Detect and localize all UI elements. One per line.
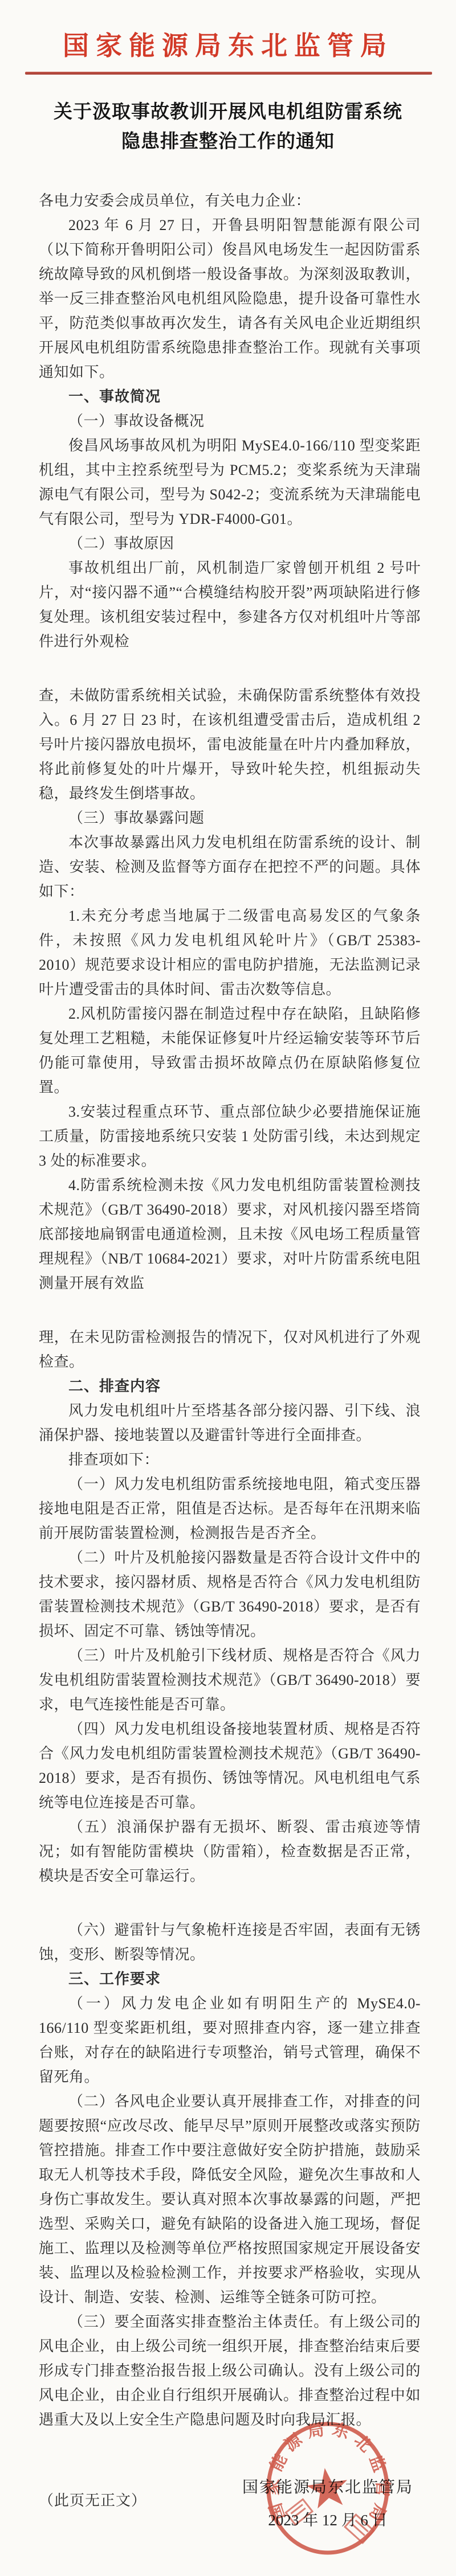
paragraph: 3.安装过程重点环节、重点部位缺少必要措施保证施工质量，防雷接地系统只安装 1 … (39, 1100, 421, 1173)
continuation-paragraph: 理，在未见防雷检测报告的情况下，仅对风机进行了外观检查。 (39, 1325, 421, 1374)
paragraph: 4.防雷系统检测未按《风力发电机组防雷装置检测技术规范》（GB/T 36490-… (39, 1173, 421, 1295)
seal-mark-left (286, 2499, 312, 2525)
official-seal: 国家能源局东北监管局 (261, 2417, 394, 2560)
document-title: 关于汲取事故教训开展风电机组防雷系统 隐患排查整治工作的通知 (0, 97, 456, 157)
title-line-1: 关于汲取事故教训开展风电机组防雷系统 (0, 97, 456, 127)
paragraph: （二）各风电企业要认真开展排查工作，对排查的问题要按照“应改尽改、能早尽早”原则… (39, 2089, 421, 2310)
paragraph: （五）浪涌保护器有无损坏、断裂、雷击痕迹等情况；如有智能防雷模块（防雷箱），检查… (39, 1815, 421, 1888)
paragraph: 排查项如下： (39, 1447, 421, 1472)
paragraph: 1.未充分考虑当地属于二级雷电高易发区的气象条件，未按照《风力发电机组风轮叶片》… (39, 904, 421, 1002)
section-heading: 一、事故简况 (39, 384, 421, 409)
paragraph: （三）叶片及机舱引下线材质、规格是否符合《风力发电机组防雷装置检测技术规范》（G… (39, 1643, 421, 1717)
document-body: 各电力安委会成员单位，有关电力企业： 2023 年 6 月 27 日，开鲁县明阳… (0, 188, 456, 2432)
paragraph: （二）叶片及机舱接闪器数量是否符合设计文件中的技术要求，接闪器材质、规格是否符合… (39, 1545, 421, 1643)
star-icon (304, 2465, 351, 2509)
paragraph: 俊昌风场事故风机为明阳 MySE4.0-166/110 型变桨距机组，其中主控系… (39, 433, 421, 531)
salutation: 各电力安委会成员单位，有关电力企业： (39, 188, 421, 213)
paragraph: 2.风机防雷接闪器在制造过程中存在缺陷，且缺陷修复处理工艺粗糙，未能保证修复叶片… (39, 1002, 421, 1100)
section-heading: 二、排查内容 (39, 1374, 421, 1398)
agency-header: 国家能源局东北监管局 (0, 25, 456, 63)
paragraph: （一）风力发电机组防雷系统接地电阻，箱式变压器接地电阻是否正常，阻值是否达标。是… (39, 1472, 421, 1545)
paragraph: 风力发电机组叶片至塔基各部分接闪器、引下线、浪涌保护器、接地装置以及避雷针等进行… (39, 1398, 421, 1447)
document-page: 国家能源局东北监管局 关于汲取事故教训开展风电机组防雷系统 隐患排查整治工作的通… (0, 0, 456, 2576)
continuation-paragraph: 查，未做防雷系统相关试验，未确保防雷系统整体有效投入。6 月 27 日 23 时… (39, 683, 421, 806)
paragraph: （一）风力发电企业如有明阳生产的 MySE4.0-166/110 型变桨距机组，… (39, 1991, 421, 2089)
paragraph: （四）风力发电机组设备接地装置材质、规格是否符合《风力发电机组防雷装置检测技术规… (39, 1717, 421, 1815)
paragraph: 2023 年 6 月 27 日，开鲁县明阳智慧能源有限公司（以下简称开鲁明阳公司… (39, 213, 421, 384)
paragraph: 事故机组出厂前，风机制造厂家曾刨开机组 2 号叶片，对“接闪器不通”“合模缝结构… (39, 556, 421, 654)
sub-heading: （一）事故设备概况 (39, 409, 421, 433)
sub-heading: （二）事故原因 (39, 531, 421, 556)
paragraph: （三）要全面落实排查整治主体责任。有上级公司的风电企业，由上级公司统一组织开展，… (39, 2310, 421, 2432)
sub-heading: （三）事故暴露问题 (39, 806, 421, 830)
paragraph: 本次事故暴露出风力发电机组在防雷系统的设计、制造、安装、检测及监督等方面存在把控… (39, 830, 421, 904)
title-line-2: 隐患排查整治工作的通知 (0, 127, 456, 157)
paragraph: （六）避雷针与气象桅杆连接是否牢固，表面有无锈蚀，变形、断裂等情况。 (39, 1918, 421, 1967)
section-heading: 三、工作要求 (39, 1967, 421, 1991)
header-divider (25, 72, 432, 75)
